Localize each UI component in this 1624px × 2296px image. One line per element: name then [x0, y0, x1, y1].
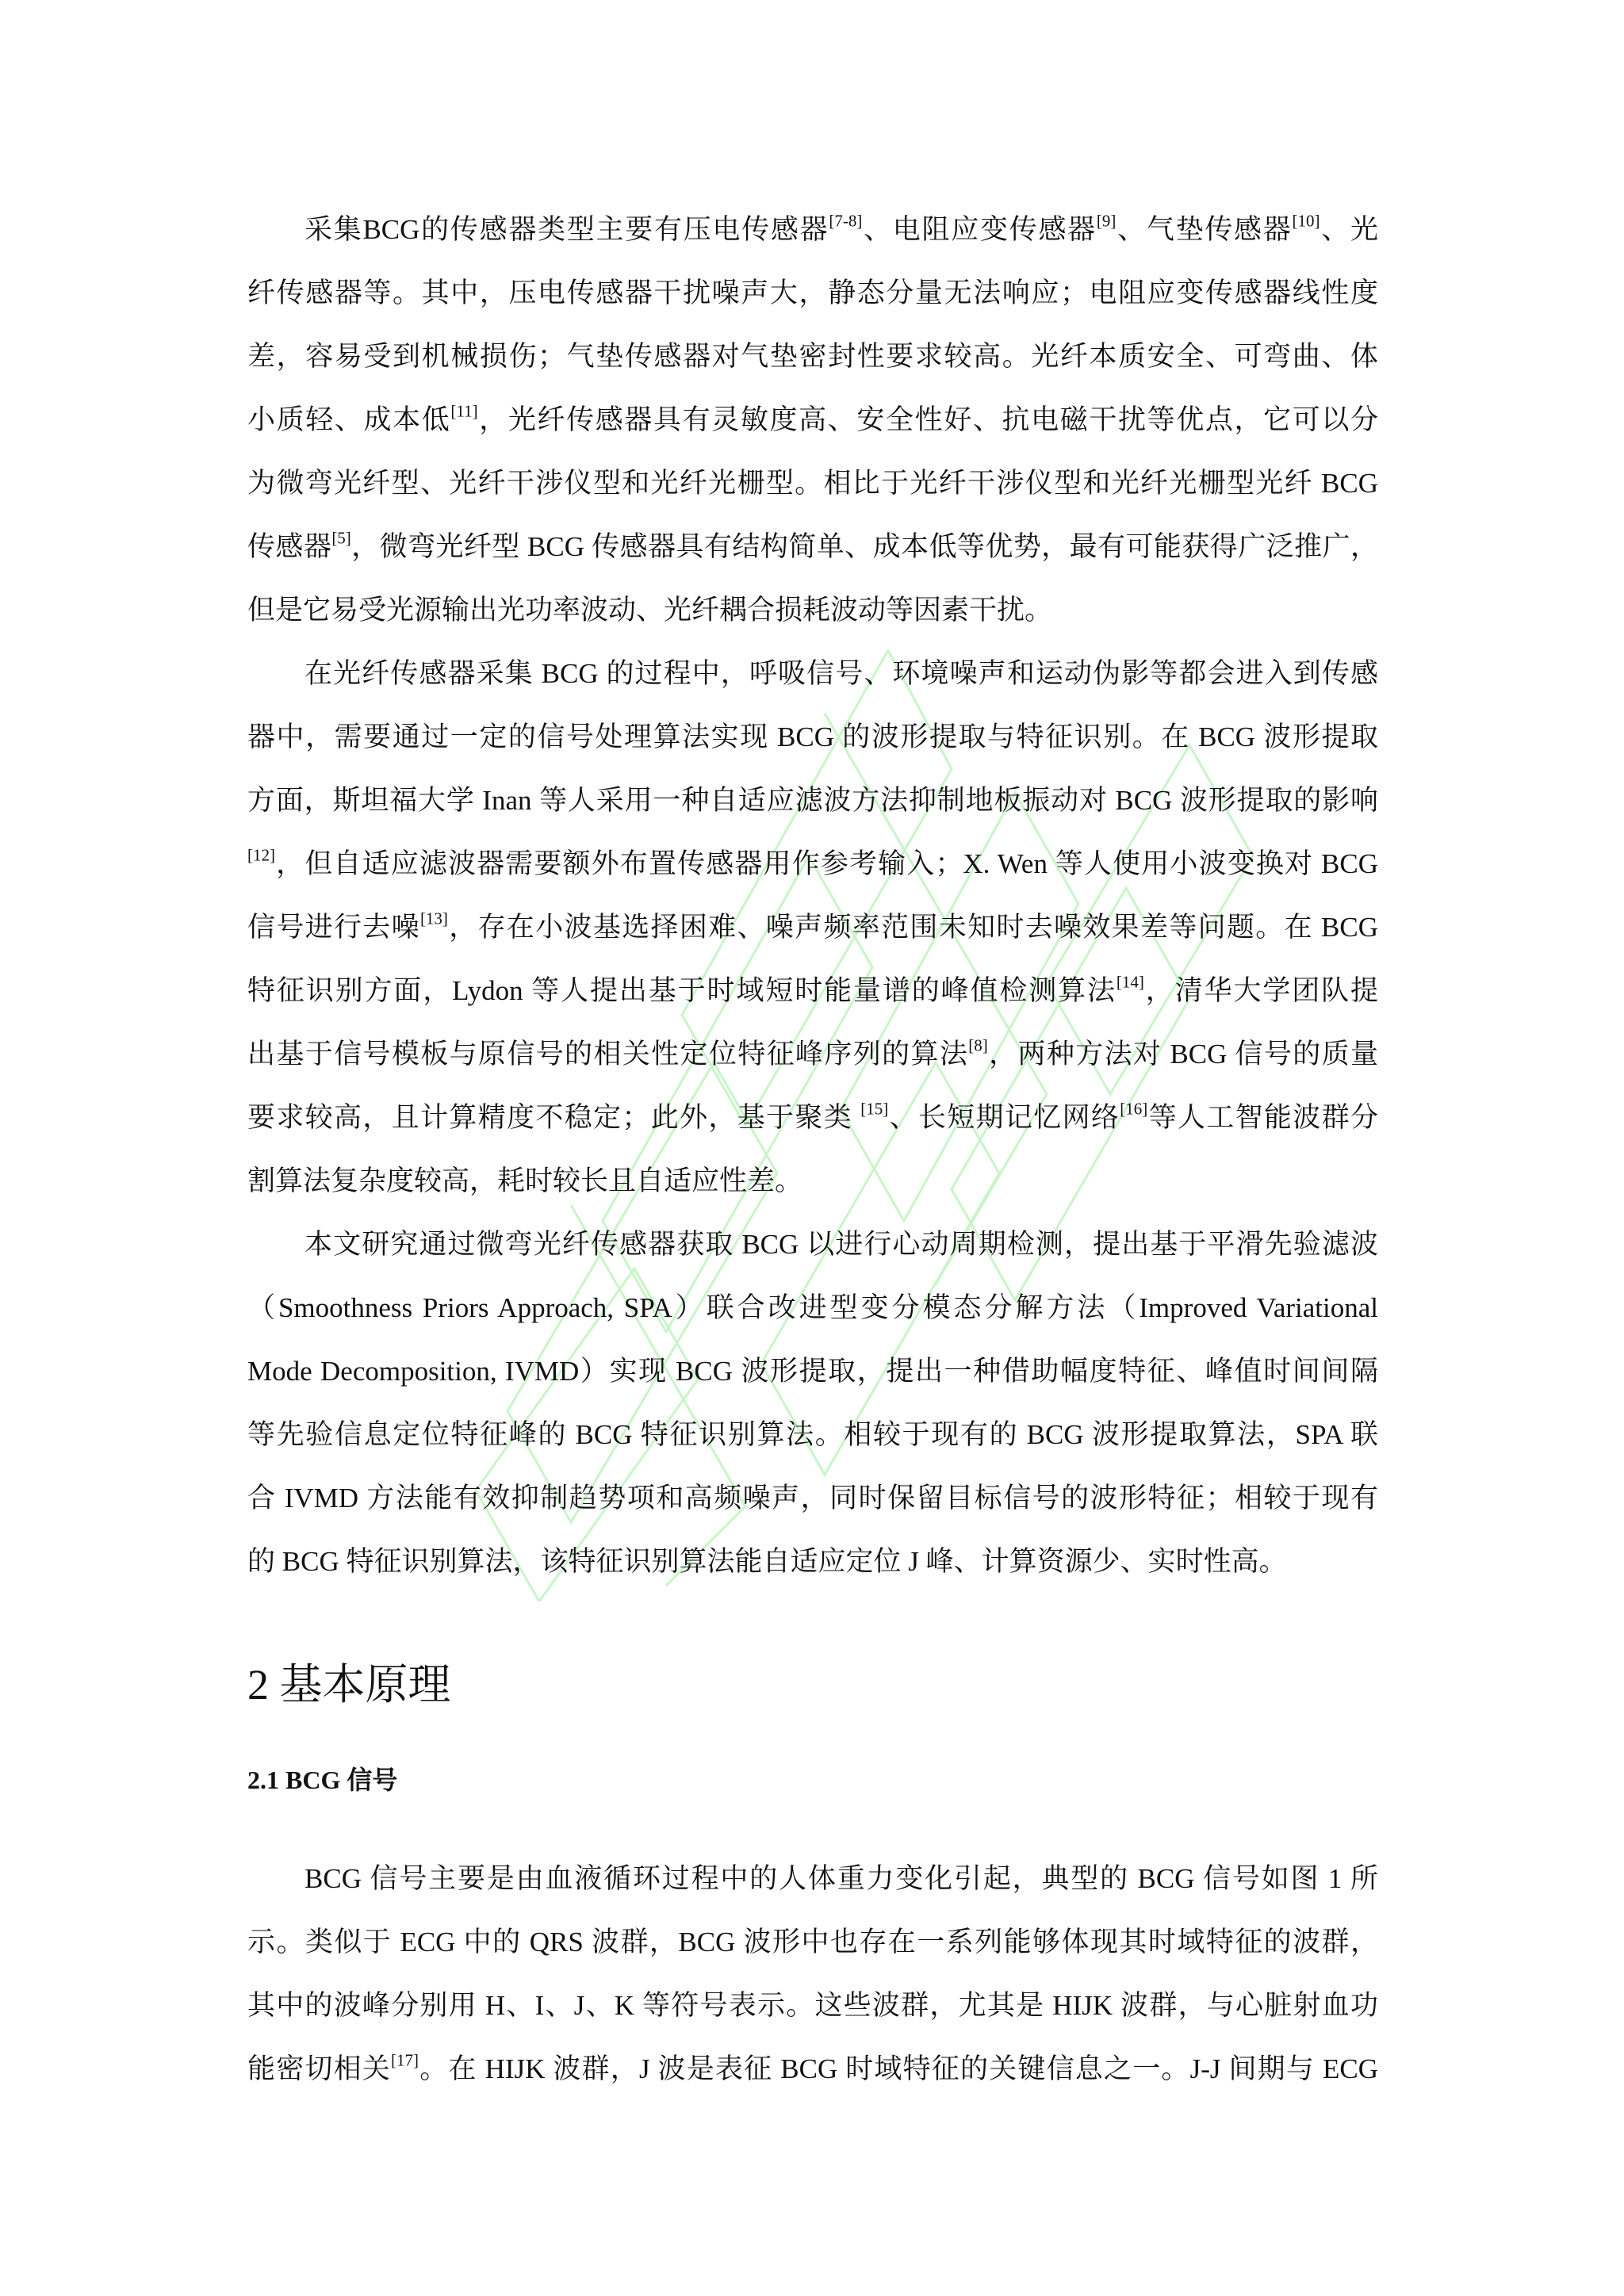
- text-line: 为微弯光纤型、光纤干涉仪型和光纤光栅型。相比于光纤干涉仪型和光纤光栅型光纤 BC…: [247, 452, 1378, 515]
- text-line: 的 BCG 特征识别算法，该特征识别算法能自适应定位 J 峰、计算资源少、实时性…: [247, 1530, 1378, 1594]
- citation-ref[interactable]: [8]: [968, 1035, 988, 1054]
- text-line: BCG 信号主要是由血液循环过程中的人体重力变化引起，典型的 BCG 信号如图 …: [304, 1847, 1378, 1911]
- text-line: 等先验信息定位特征峰的 BCG 特征识别算法。相较于现有的 BCG 波形提取算法…: [247, 1403, 1378, 1467]
- text-line: 但是它易受光源输出光功率波动、光纤耦合损耗波动等因素干扰。: [247, 579, 1378, 642]
- document-page: 采集BCG的传感器类型主要有压电传感器[7-8]、电阻应变传感器[9]、气垫传感…: [0, 0, 1624, 2296]
- text-line: 方面，斯坦福大学 Inan 等人采用一种自适应滤波方法抑制地板振动对 BCG 波…: [247, 769, 1378, 832]
- text-line: Mode Decomposition, IVMD）实现 BCG 波形提取，提出一…: [247, 1340, 1378, 1403]
- text-line: 信号进行去噪[13]，存在小波基选择困难、噪声频率范围未知时去噪效果差等问题。在…: [247, 896, 1378, 959]
- citation-ref[interactable]: [12]: [247, 845, 275, 864]
- text-line: 差，容易受到机械损伤；气垫传感器对气垫密封性要求较高。光纤本质安全、可弯曲、体: [247, 325, 1378, 388]
- text-line: 在光纤传感器采集 BCG 的过程中，呼吸信号、环境噪声和运动伪影等都会进入到传感: [304, 642, 1378, 706]
- text-line: 出基于信号模板与原信号的相关性定位特征峰序列的算法[8]，两种方法对 BCG 信…: [247, 1023, 1378, 1086]
- citation-ref[interactable]: [17]: [391, 2050, 419, 2069]
- section-heading: 2 基本原理: [247, 1653, 451, 1716]
- citation-ref[interactable]: [5]: [331, 528, 351, 547]
- text-line: 特征识别方面，Lydon 等人提出基于时域短时能量谱的峰值检测算法[14]，清华…: [247, 959, 1378, 1023]
- citation-ref[interactable]: [11]: [450, 401, 477, 420]
- citation-ref[interactable]: [13]: [420, 909, 448, 928]
- citation-ref[interactable]: [9]: [1097, 211, 1116, 230]
- citation-ref[interactable]: [14]: [1116, 972, 1144, 991]
- text-line: 采集BCG的传感器类型主要有压电传感器[7-8]、电阻应变传感器[9]、气垫传感…: [304, 198, 1378, 262]
- text-line: 割算法复杂度较高，耗时较长且自适应性差。: [247, 1150, 1378, 1213]
- text-line: [12]，但自适应滤波器需要额外布置传感器用作参考输入；X. Wen 等人使用小…: [247, 832, 1378, 896]
- text-line: 传感器[5]，微弯光纤型 BCG 传感器具有结构简单、成本低等优势，最有可能获得…: [247, 515, 1378, 579]
- text-line: 合 IVMD 方法能有效抑制趋势项和高频噪声，同时保留目标信号的波形特征；相较于…: [247, 1467, 1378, 1530]
- citation-ref[interactable]: [16]: [1120, 1099, 1147, 1118]
- text-line: 其中的波峰分别用 H、I、J、K 等符号表示。这些波群，尤其是 HIJK 波群，…: [247, 1974, 1378, 2038]
- text-line: 本文研究通过微弯光纤传感器获取 BCG 以进行心动周期检测，提出基于平滑先验滤波: [304, 1213, 1378, 1276]
- citation-ref[interactable]: [10]: [1293, 211, 1320, 230]
- text-line: 器中，需要通过一定的信号处理算法实现 BCG 的波形提取与特征识别。在 BCG …: [247, 706, 1378, 769]
- citation-ref[interactable]: [7-8]: [829, 211, 862, 230]
- text-line: 要求较高，且计算精度不稳定；此外，基于聚类 [15]、长短期记忆网络[16]等人…: [247, 1086, 1378, 1150]
- subsection-heading: 2.1 BCG 信号: [247, 1756, 397, 1804]
- text-line: 纤传感器等。其中，压电传感器干扰噪声大，静态分量无法响应；电阻应变传感器线性度: [247, 262, 1378, 325]
- citation-ref[interactable]: [15]: [860, 1099, 888, 1118]
- text-line: 小质轻、成本低[11]，光纤传感器具有灵敏度高、安全性好、抗电磁干扰等优点，它可…: [247, 388, 1378, 452]
- text-line: （Smoothness Priors Approach, SPA）联合改进型变分…: [247, 1276, 1378, 1340]
- text-line: 能密切相关[17]。在 HIJK 波群，J 波是表征 BCG 时域特征的关键信息…: [247, 2038, 1378, 2101]
- text-line: 示。类似于 ECG 中的 QRS 波群，BCG 波形中也存在一系列能够体现其时域…: [247, 1911, 1378, 1974]
